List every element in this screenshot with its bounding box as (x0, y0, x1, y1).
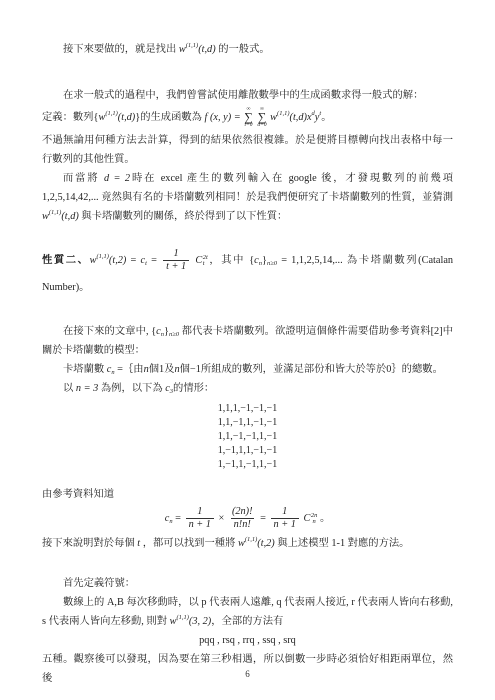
period: 。 (320, 513, 330, 524)
text-segment: ｛由 (123, 364, 144, 375)
paragraph-excel-google: 而當將 d = 2時在 excel 產生的數列輸入在 google 後，才發現數… (42, 169, 453, 226)
summation-d: ∞∑d=0 (257, 107, 266, 128)
text-segment: 由參考資料知道 (42, 489, 114, 500)
method-sequences-line: pqq , rsq , rrq , ssq , srq (42, 631, 453, 650)
t-symbol: t (137, 538, 140, 549)
catalan-sequence-list: 1,1,1,−1,−1,−1 1,1,−1,1,−1,−1 1,1,−1,−1,… (42, 402, 453, 472)
equals-sign: = (131, 255, 137, 266)
w-superscript: (1,1) (105, 110, 117, 117)
paragraph-complex-result: 不過無論用何種方法去計算，得到的結果依然很複雜。於是便將目標轉向找出表格中每一行… (42, 131, 453, 169)
c-subscript: n (169, 518, 172, 525)
fraction-denominator: n + 1 (186, 518, 214, 530)
w-superscript: (1,1) (176, 614, 188, 621)
paragraph-from-reference: 由參考資料知道 (42, 485, 453, 504)
w-superscript: (1,1) (186, 42, 198, 49)
text-segment: 不過無論用何種方法去計算，得到的結果依然很複雜。於是便將目標轉向找出表格中每一行… (42, 135, 453, 165)
equals-sign: = (151, 255, 157, 266)
text-segment: 的一般式。 (218, 44, 269, 55)
text-segment: 以 (63, 383, 73, 394)
sequence-row: 1,1,−1,1,−1,−1 (42, 416, 453, 430)
sequence-values: = 1,1,2,5,14,... (281, 255, 342, 266)
method-sequences: pqq , rsq , rrq , ssq , srq (199, 635, 296, 646)
binomial-C: C (195, 255, 202, 266)
paragraph-goal: 接下來要做的，就是找出 w(1,1)(t,d) 的一般式。 (42, 40, 453, 59)
fraction-denominator: n!n! (231, 518, 254, 530)
sequence-row: 1,−1,1,−1,1,−1 (42, 458, 453, 472)
fraction-numerator: (2n)! (229, 507, 256, 518)
paragraph-move-symbols: 數線上的 A,B 每次移動時，以 p 代表兩人遠離, q 代表兩人接近, r 代… (42, 593, 453, 631)
property-two: 性質二、w(1,1)(t,2) = ct = 1t + 1 C2tt，其中 {c… (42, 247, 453, 301)
summation-t: ∞∑t=0 (244, 107, 253, 128)
f-xy: f (x, y) = (205, 112, 241, 123)
set-subscript: n≥0 (267, 260, 277, 267)
text-segment: 卡塔蘭數 (63, 364, 104, 375)
page-number: 6 (0, 665, 495, 684)
paragraph-define-symbols: 首先定義符號： (42, 574, 453, 593)
paragraph-generating-function-intro: 在求一般式的過程中，我們曾嘗試使用離散數學中的生成函數求得一般式的解： (42, 86, 453, 105)
fraction-denominator: n + 1 (271, 518, 299, 530)
text-segment: 為卡塔蘭數列(Catalan Number)。 (42, 255, 453, 293)
text-segment: 與卡塔蘭數列的關係，終於得到了以下性質： (81, 211, 287, 222)
sum-lower-limit: t=0 (245, 123, 253, 128)
w-arguments: (t,d) (118, 112, 135, 123)
c-subscript: n (111, 369, 114, 376)
text-segment: 接下來說明對於每個 (42, 538, 135, 549)
text-segment: 的生成函數為 (140, 112, 202, 123)
set-subscript: n≥0 (169, 331, 179, 338)
fraction-factorials: (2n)!n!n! (229, 507, 256, 531)
w-superscript: (1,1) (96, 253, 108, 260)
text-segment: 接下來要做的，就是找出 (63, 44, 176, 55)
text-segment: 個1及 (149, 364, 175, 375)
fraction-one-over-n-plus-1: 1n + 1 (271, 507, 299, 531)
binomial-C-scripts: 2nn (311, 513, 318, 525)
document-page: 接下來要做的，就是找出 w(1,1)(t,d) 的一般式。 在求一般式的過程中，… (0, 0, 495, 700)
paragraph-n3-example: 以 n = 3 為例，以下為 c3的情形： (42, 379, 453, 398)
text-segment: 首先定義符號： (63, 578, 135, 589)
text-segment: 個−1所組成的數列，並滿足部份和皆大於等於0｝的總數。 (180, 364, 443, 375)
text-segment: 在接下來的文章中, (63, 326, 149, 337)
w-arguments: (t,d) (198, 44, 215, 55)
text-segment: 而當將 (63, 173, 100, 184)
d-equals-2: d = 2 (104, 173, 130, 184)
text-segment: 定義：數列 (42, 112, 93, 123)
text-segment: 在求一般式的過程中，我們曾嘗試使用離散數學中的生成函數求得一般式的解： (63, 90, 423, 101)
w-superscript: (1,1) (49, 209, 61, 216)
property-two-label: 性質二、 (42, 255, 90, 266)
fraction-one-over-t-plus-1: 1t + 1 (163, 249, 189, 273)
fraction-denominator: t + 1 (163, 260, 189, 272)
w-superscript: (1,1) (277, 110, 289, 117)
text-segment: 為例，以下為 (101, 383, 163, 394)
equals-sign: = (175, 513, 181, 524)
paragraph-catalan-reference: 在接下來的文章中, {cn}n≥0 都代表卡塔蘭數列。欲證明這個條件需要借助參考… (42, 322, 453, 360)
w-symbol: w (179, 44, 186, 55)
binomial-lower: n (311, 519, 318, 525)
text-segment: 的情形： (173, 383, 214, 394)
fraction-numerator: 1 (279, 507, 290, 518)
w-arguments: (t,2) (257, 538, 274, 549)
fraction-numerator: 1 (194, 507, 205, 518)
n-equals-3: n = 3 (76, 383, 98, 394)
w-arguments: (t,d) (61, 211, 78, 222)
period: 。 (321, 112, 331, 123)
fraction-one-over-n-plus-1: 1n + 1 (186, 507, 214, 531)
text-segment: ，都可以找到一種將 (143, 538, 236, 549)
sequence-row: 1,1,1,−1,−1,−1 (42, 402, 453, 416)
text-segment: 竟然與有名的卡塔蘭數列相同！於是我們便研究了卡塔蘭數列的性質，並猜測 (101, 192, 453, 203)
sequence-row: 1,1,−1,−1,1,−1 (42, 430, 453, 444)
w-arguments: (t,2) (109, 255, 126, 266)
sequence-row: 1,−1,1,1,−1,−1 (42, 444, 453, 458)
sum-lower-limit: d=0 (257, 123, 266, 128)
definition-line: 定義：數列{w(1,1)(t,d)}的生成函數為 f (x, y) = ∞∑t=… (42, 105, 453, 131)
text-segment: 與上述模型 1-1 對應的方法。 (277, 538, 409, 549)
paragraph-bijection: 接下來說明對於每個 t ，都可以找到一種將 w(1,1)(t,2) 與上述模型 … (42, 534, 453, 553)
w-symbol: w (238, 538, 245, 549)
times-sign: × (219, 513, 225, 524)
equals-sign: = (260, 513, 266, 524)
w-symbol: w (42, 211, 49, 222)
paragraph-catalan-model: 卡塔蘭數 cn =｛由n個1及n個−1所組成的數列，並滿足部份和皆大於等於0｝的… (42, 360, 453, 379)
w-arguments: (3, 2) (189, 616, 211, 627)
text-segment: ，全部的方法有 (211, 616, 283, 627)
text-segment: ，其中 (208, 255, 245, 266)
w-arguments: (t,d) (290, 112, 307, 123)
w-superscript: (1,1) (245, 536, 257, 543)
fraction-numerator: 1 (171, 249, 182, 260)
c-subscript: t (145, 260, 147, 267)
binomial-C: C (303, 513, 310, 524)
catalan-number-formula: cn = 1n + 1 × (2n)!n!n! = 1n + 1 C2nn 。 (42, 504, 453, 534)
